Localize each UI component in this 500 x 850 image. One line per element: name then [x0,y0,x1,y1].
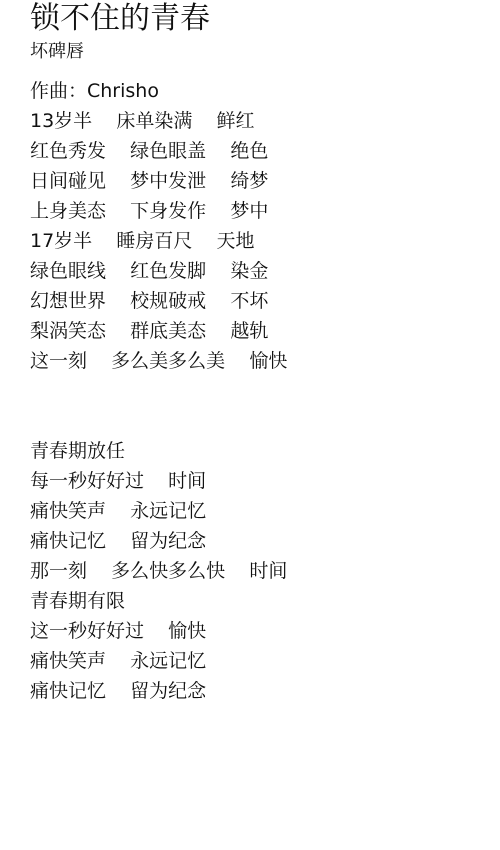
lyric-line: 青春期放任 [30,436,500,466]
verse-1: 13岁半 床单染满 鲜红 红色秀发 绿色眼盖 绝色 日间碰见 梦中发泄 绮梦 上… [30,106,500,376]
song-title: 锁不住的青春 [30,0,500,38]
lyric-line: 上身美态 下身发作 梦中 [30,196,500,226]
lyric-line: 痛快记忆 留为纪念 [30,676,500,706]
artist-name: 坏碑唇 [30,38,500,68]
lyric-line: 13岁半 床单染满 鲜红 [30,106,500,136]
lyric-line: 痛快笑声 永远记忆 [30,646,500,676]
lyric-line: 日间碰见 梦中发泄 绮梦 [30,166,500,196]
lyric-line: 每一秒好好过 时间 [30,466,500,496]
lyric-line: 幻想世界 校规破戒 不坏 [30,286,500,316]
composer-credit: 作曲：Chrisho [30,76,500,106]
verse-separator [30,376,500,436]
lyric-line: 这一秒好好过 愉快 [30,616,500,646]
lyric-line: 这一刻 多么美多么美 愉快 [30,346,500,376]
lyric-line: 17岁半 睡房百尺 天地 [30,226,500,256]
lyric-line: 痛快笑声 永远记忆 [30,496,500,526]
lyric-line: 那一刻 多么快多么快 时间 [30,556,500,586]
lyric-line: 红色秀发 绿色眼盖 绝色 [30,136,500,166]
lyric-line: 绿色眼线 红色发脚 染金 [30,256,500,286]
lyric-line: 梨涡笑态 群底美态 越轨 [30,316,500,346]
lyric-line: 痛快记忆 留为纪念 [30,526,500,556]
verse-2: 青春期放任 每一秒好好过 时间 痛快笑声 永远记忆 痛快记忆 留为纪念 那一刻 … [30,436,500,706]
lyrics-page: 锁不住的青春 坏碑唇 作曲：Chrisho 13岁半 床单染满 鲜红 红色秀发 … [30,0,500,706]
lyric-line: 青春期有限 [30,586,500,616]
